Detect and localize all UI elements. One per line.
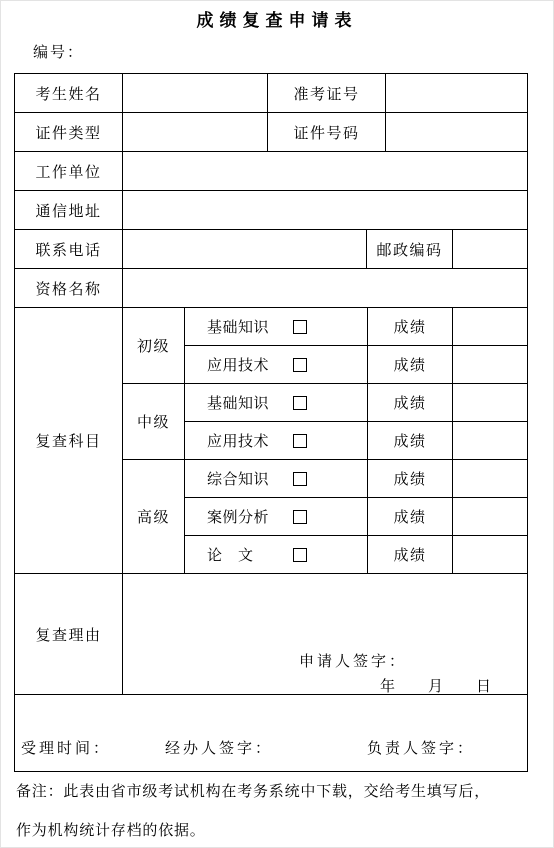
table-row: 联系电话 邮政编码	[15, 230, 528, 269]
subject-intermediate-basic: 基础知识	[185, 384, 368, 422]
id-no-label: 证件号码	[268, 113, 386, 152]
date-day-label: 日	[476, 675, 491, 695]
checkbox-intermediate-basic[interactable]	[293, 396, 307, 410]
score-field-junior-basic[interactable]	[453, 308, 528, 346]
date-month-label: 月	[428, 675, 443, 695]
score-field-senior-thesis[interactable]	[453, 536, 528, 574]
chief-signature-label: 负责人签字：	[367, 737, 475, 758]
table-row: 考生姓名 准考证号	[15, 74, 528, 113]
score-field-intermediate-applied[interactable]	[453, 422, 528, 460]
subject-senior-comprehensive: 综合知识	[185, 460, 368, 498]
review-subjects-table: 复查科目 初级 基础知识 成绩 应用技术 成绩 中级	[14, 307, 528, 574]
level-intermediate-label: 中级	[123, 384, 185, 460]
checkbox-intermediate-applied[interactable]	[293, 434, 307, 448]
review-subjects-label: 复查科目	[15, 308, 123, 574]
footer-signature-table: 受理时间： 经办人签字： 负责人签字：	[14, 694, 528, 772]
score-field-intermediate-basic[interactable]	[453, 384, 528, 422]
handler-signature-label: 经办人签字：	[165, 737, 273, 758]
score-label: 成绩	[368, 384, 453, 422]
table-row: 资格名称	[15, 269, 528, 308]
table-row: 工作单位	[15, 152, 528, 191]
qualification-label: 资格名称	[15, 269, 123, 308]
work-unit-field[interactable]	[123, 152, 528, 191]
subject-name: 应用技术	[207, 430, 293, 451]
applicant-signature-label: 申请人签字：	[299, 650, 407, 671]
subject-name: 基础知识	[207, 392, 293, 413]
info-table-top: 考生姓名 准考证号 证件类型 证件号码	[14, 73, 528, 152]
score-label: 成绩	[368, 498, 453, 536]
checkbox-senior-case[interactable]	[293, 510, 307, 524]
subject-junior-applied: 应用技术	[185, 346, 368, 384]
address-label: 通信地址	[15, 191, 123, 230]
candidate-name-field[interactable]	[123, 74, 268, 113]
info-table-qualification: 资格名称	[14, 268, 528, 308]
table-row: 复查理由 申请人签字： 年 月 日	[15, 574, 528, 695]
ticket-no-label: 准考证号	[268, 74, 386, 113]
id-no-field[interactable]	[386, 113, 528, 152]
score-field-senior-comprehensive[interactable]	[453, 460, 528, 498]
subject-junior-basic: 基础知识	[185, 308, 368, 346]
table-row: 通信地址	[15, 191, 528, 230]
subject-name: 论 文	[207, 544, 293, 565]
score-field-junior-applied[interactable]	[453, 346, 528, 384]
date-year-label: 年	[380, 675, 395, 695]
qualification-field[interactable]	[123, 269, 528, 308]
remark-line-2: 作为机构统计存档的依据。	[16, 822, 539, 840]
checkbox-senior-thesis[interactable]	[293, 548, 307, 562]
remark-line-1: 备注：此表由省市级考试机构在考务系统中下载，交给考生填写后，	[16, 783, 539, 801]
serial-number-label: 编号：	[33, 44, 553, 62]
subject-name: 综合知识	[207, 468, 293, 489]
score-label: 成绩	[368, 422, 453, 460]
table-row: 受理时间： 经办人签字： 负责人签字：	[15, 695, 528, 772]
checkbox-junior-applied[interactable]	[293, 358, 307, 372]
remark-note: 备注：此表由省市级考试机构在考务系统中下载，交给考生填写后， 作为机构统计存档的…	[16, 783, 539, 840]
address-field[interactable]	[123, 191, 528, 230]
page-title: 成绩复查申请表	[1, 1, 553, 31]
subject-senior-case: 案例分析	[185, 498, 368, 536]
level-senior-label: 高级	[123, 460, 185, 574]
level-junior-label: 初级	[123, 308, 185, 384]
subject-senior-thesis: 论 文	[185, 536, 368, 574]
info-table-phone: 联系电话 邮政编码	[14, 229, 528, 269]
phone-label: 联系电话	[15, 230, 123, 269]
subject-intermediate-applied: 应用技术	[185, 422, 368, 460]
phone-field[interactable]	[123, 230, 367, 269]
signature-date-line: 年 月 日	[380, 675, 491, 695]
id-type-field[interactable]	[123, 113, 268, 152]
checkbox-senior-comprehensive[interactable]	[293, 472, 307, 486]
id-type-label: 证件类型	[15, 113, 123, 152]
candidate-name-label: 考生姓名	[15, 74, 123, 113]
accept-time-label: 受理时间：	[21, 737, 111, 758]
subject-name: 应用技术	[207, 354, 293, 375]
checkbox-junior-basic[interactable]	[293, 320, 307, 334]
review-reason-label: 复查理由	[15, 574, 123, 695]
footer-signature-cell: 受理时间： 经办人签字： 负责人签字：	[15, 695, 528, 772]
review-reason-field[interactable]: 申请人签字： 年 月 日	[123, 574, 528, 695]
subject-name: 基础知识	[207, 316, 293, 337]
ticket-no-field[interactable]	[386, 74, 528, 113]
table-row: 证件类型 证件号码	[15, 113, 528, 152]
score-label: 成绩	[368, 460, 453, 498]
form-page: 成绩复查申请表 编号： 考生姓名 准考证号 证件类型 证件号码 工作单位 通信地…	[0, 0, 554, 848]
info-table-mid: 工作单位 通信地址	[14, 151, 528, 230]
review-reason-table: 复查理由 申请人签字： 年 月 日	[14, 573, 528, 695]
score-label: 成绩	[368, 308, 453, 346]
score-label: 成绩	[368, 346, 453, 384]
subject-name: 案例分析	[207, 506, 293, 527]
score-label: 成绩	[368, 536, 453, 574]
postcode-label: 邮政编码	[367, 230, 453, 269]
table-row: 复查科目 初级 基础知识 成绩	[15, 308, 528, 346]
work-unit-label: 工作单位	[15, 152, 123, 191]
score-field-senior-case[interactable]	[453, 498, 528, 536]
postcode-field[interactable]	[453, 230, 528, 269]
